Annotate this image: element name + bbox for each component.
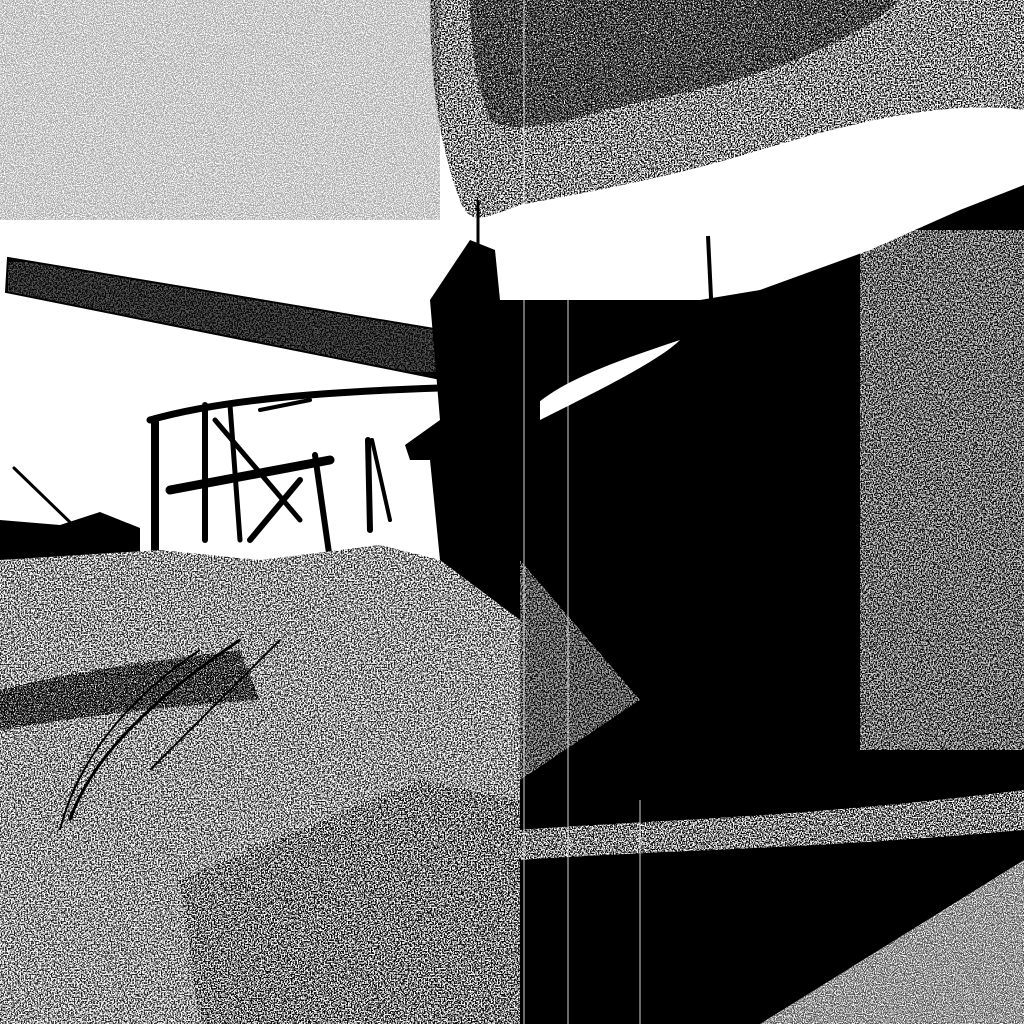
rubble-foreground (0, 545, 520, 1024)
sky-speckle (0, 0, 440, 220)
gun-barrel (6, 258, 440, 378)
photo (0, 0, 1024, 1024)
